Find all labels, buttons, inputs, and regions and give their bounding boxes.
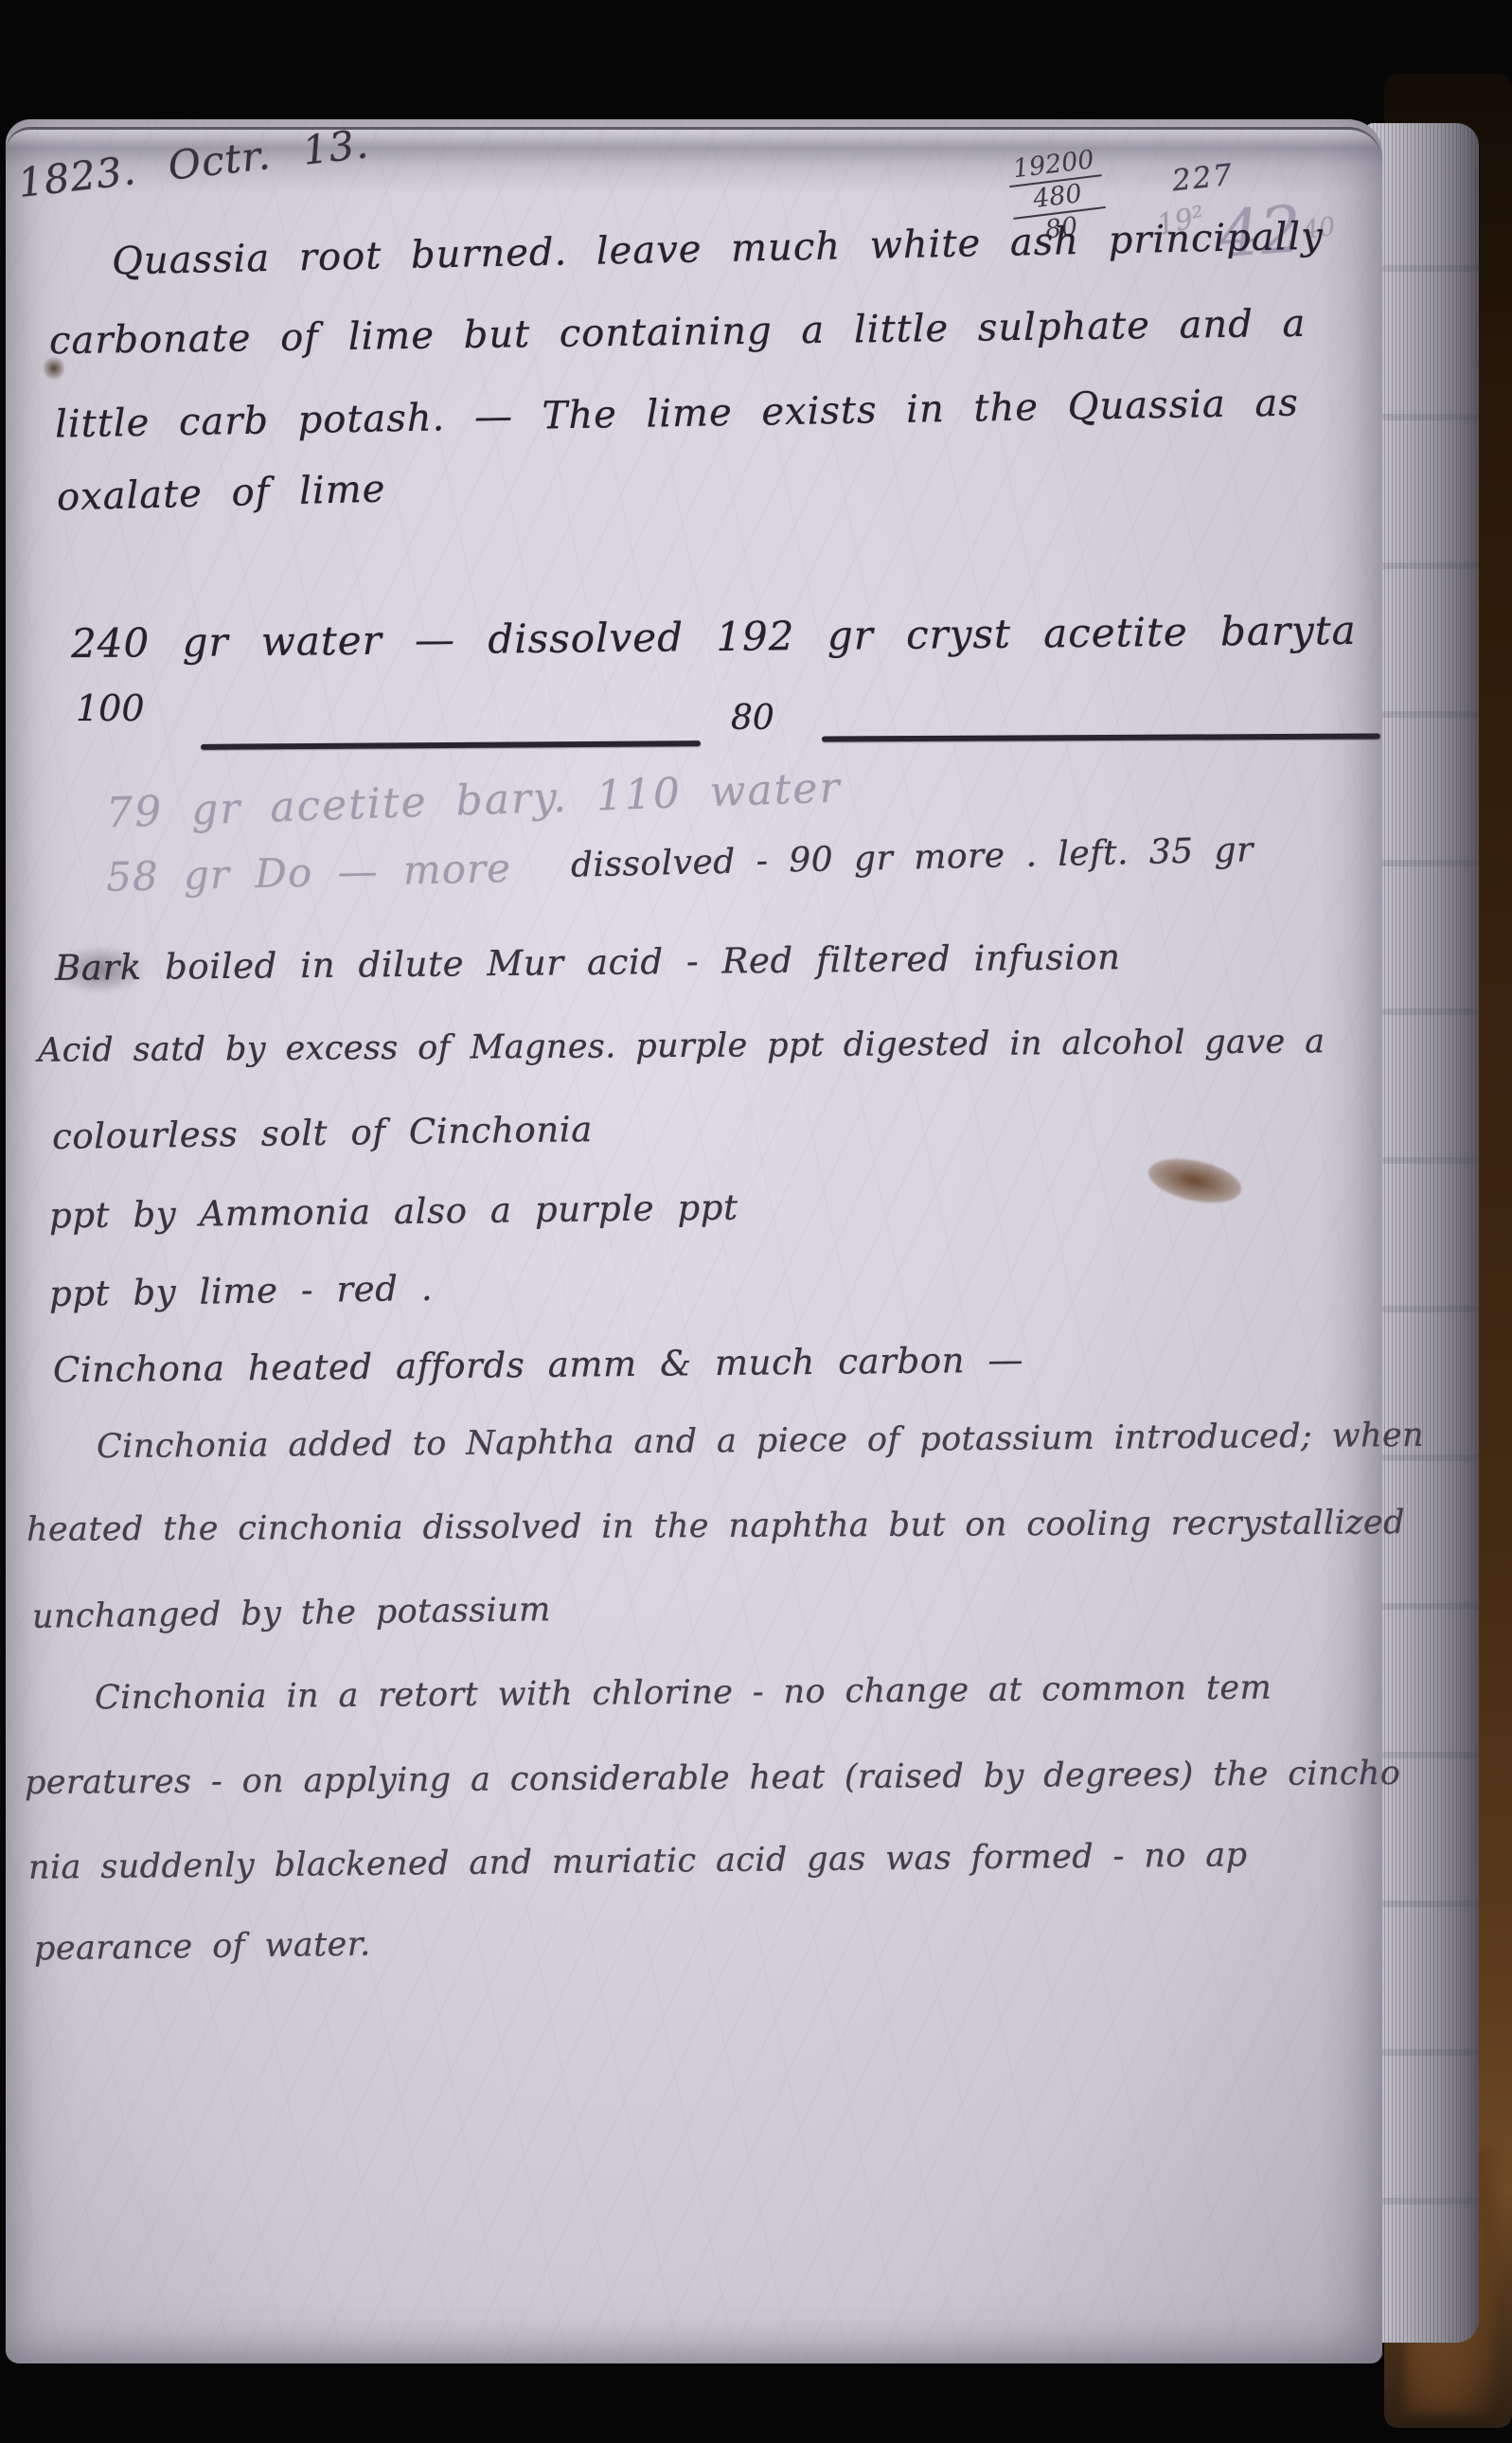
equation-sub-left: 100	[76, 687, 145, 729]
handwriting-line: unchanged by the potassium	[32, 1591, 551, 1636]
manuscript-page	[6, 119, 1382, 2363]
page-stack-fore-edge	[1365, 123, 1479, 2343]
photo-backdrop: 1823. Octr. 13. 19200 480 80 227 19² 42 …	[0, 0, 1512, 2443]
equation-sub-mid: 80	[731, 699, 774, 738]
handwriting-line: ppt by Ammonia also a purple ppt	[49, 1187, 738, 1237]
handwriting-line: oxalate of lime	[56, 467, 385, 519]
handwriting-line: colourless solt of Cinchonia	[52, 1109, 593, 1157]
page-number: 227	[1170, 158, 1236, 199]
handwriting-line: ppt by lime - red .	[49, 1268, 434, 1314]
handwriting-line: heated the cinchonia dissolved in the na…	[27, 1504, 1405, 1549]
handwriting-line: pearance of water.	[34, 1926, 371, 1969]
pencil-line-fragment: 58 gr Do — more	[106, 845, 512, 901]
